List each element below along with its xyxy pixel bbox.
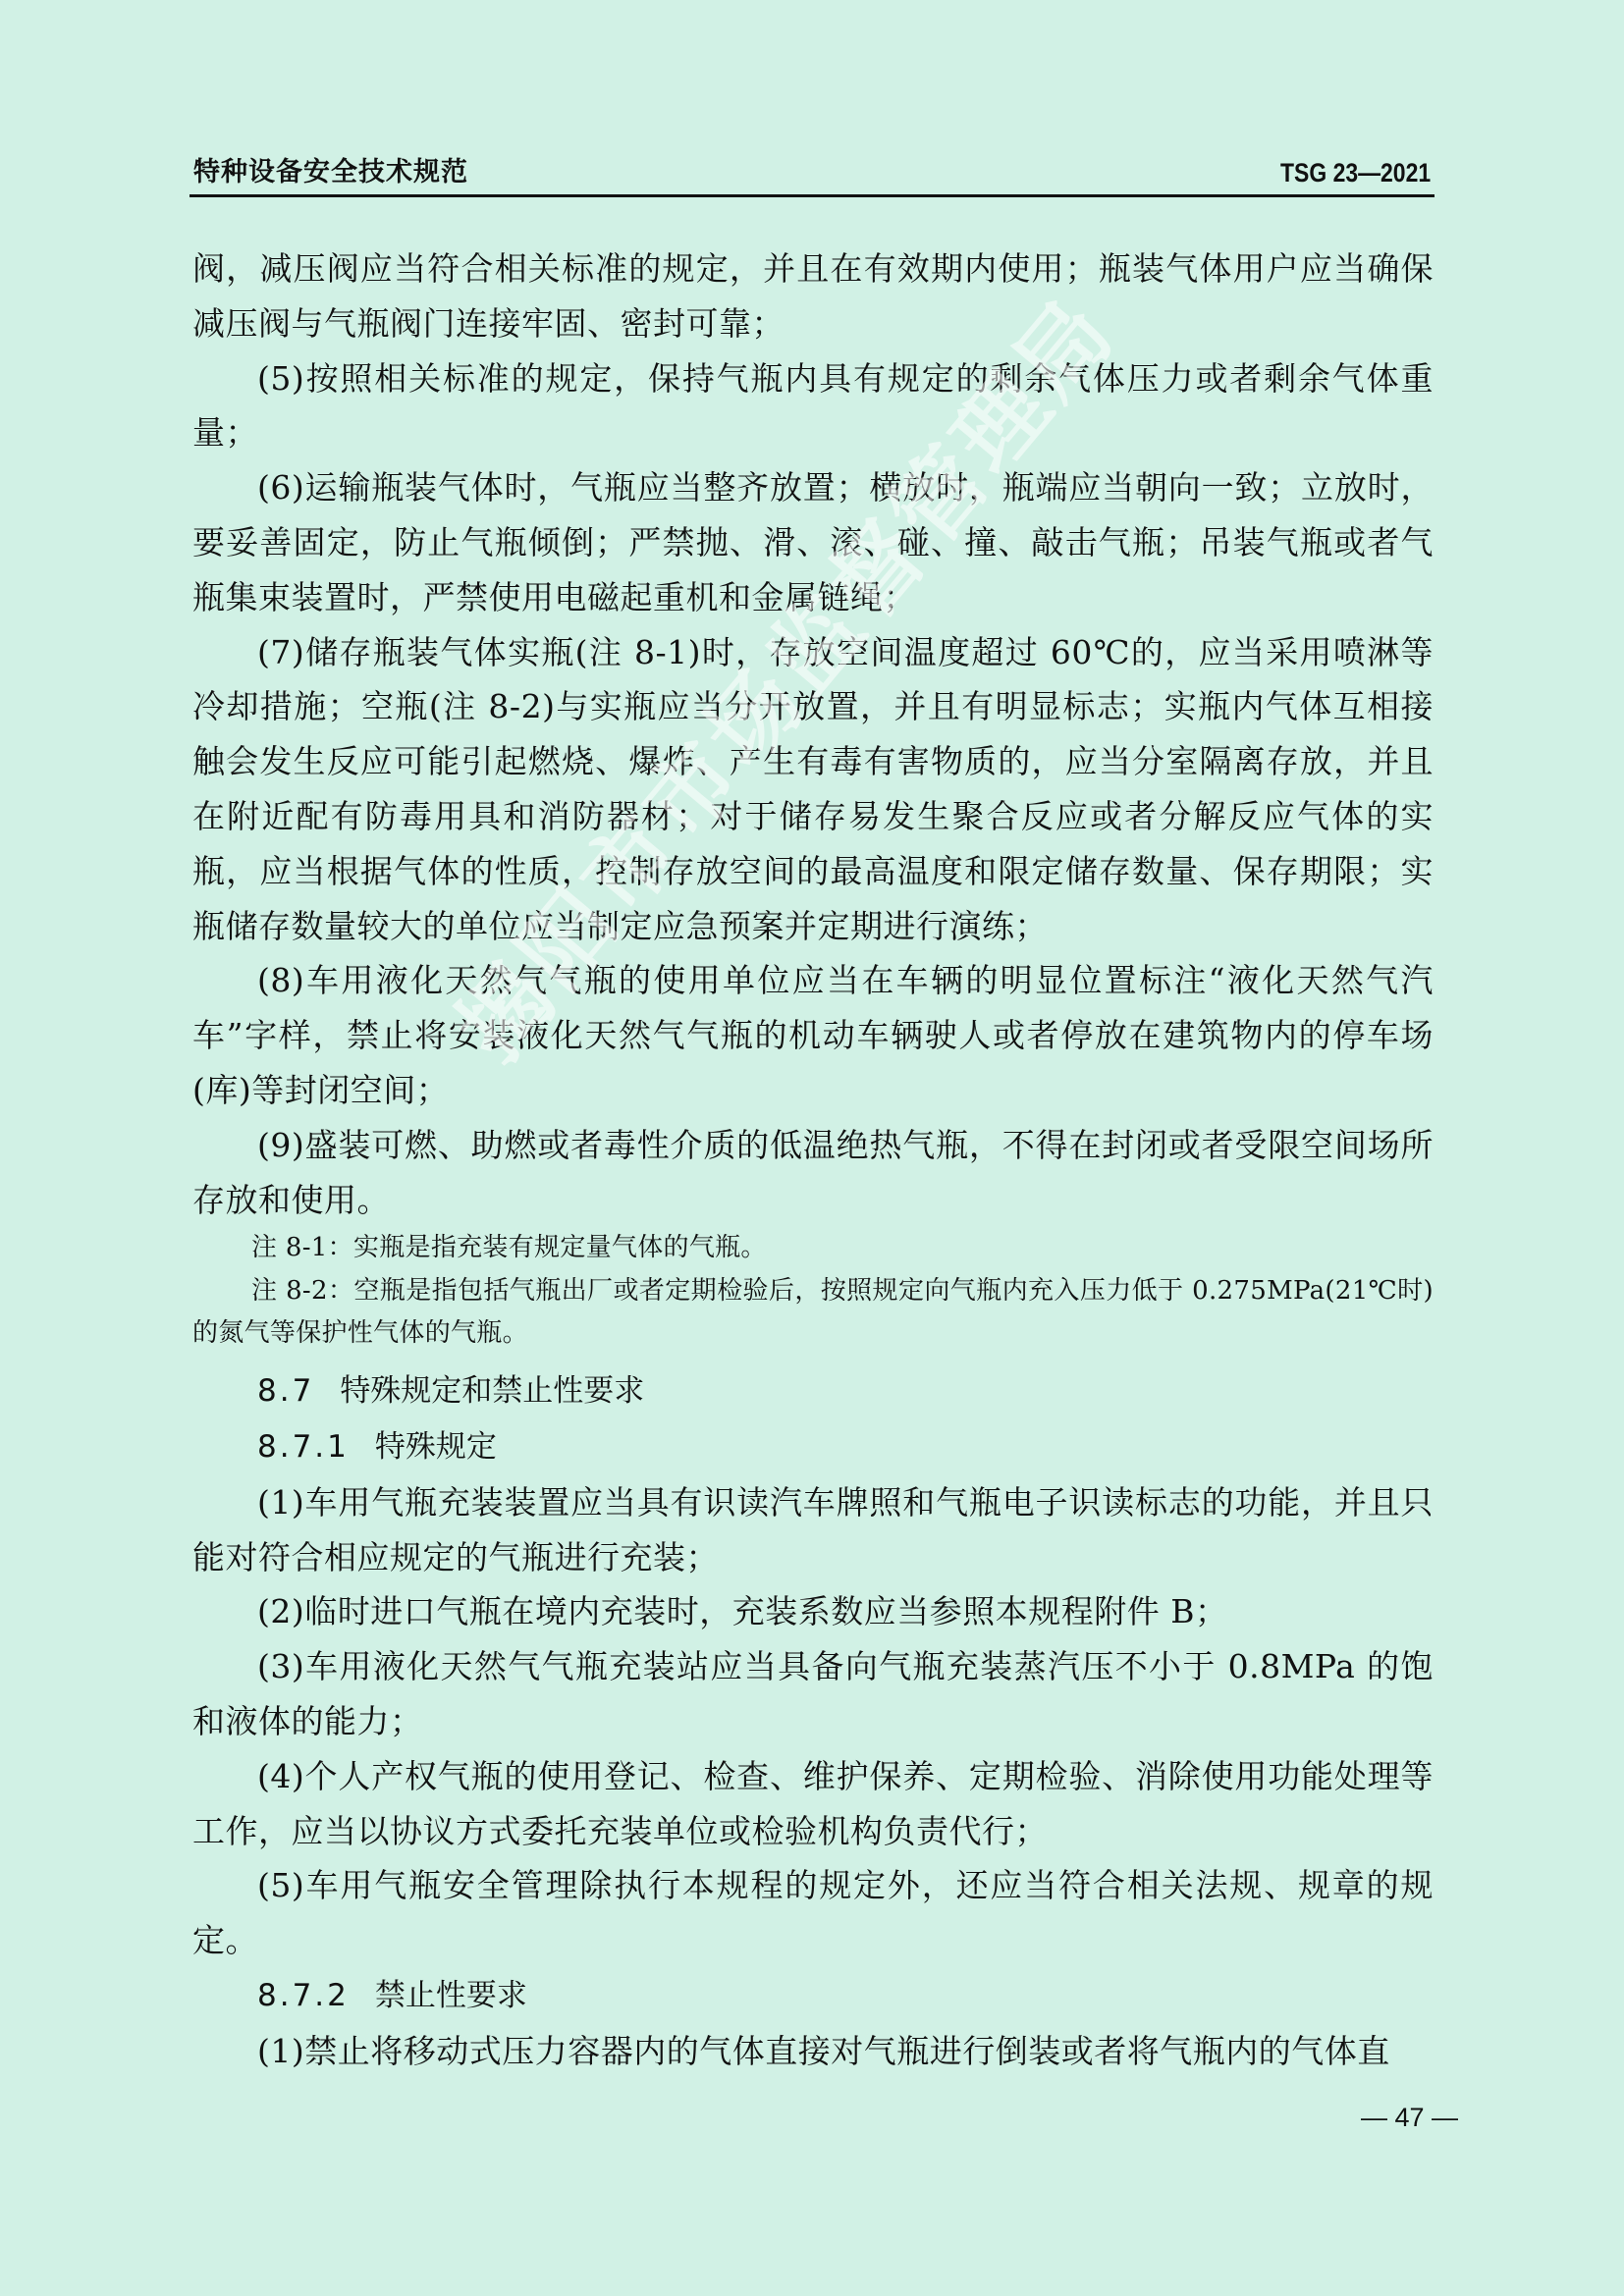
list-item: (4)个人产权气瓶的使用登记、检查、维护保养、定期检验、消除使用功能处理等工作，… [192,1749,1434,1859]
list-item: (2)临时进口气瓶在境内充装时，充装系数应当参照本规程附件 B； [192,1584,1434,1639]
section-number: 8.7 [257,1363,314,1419]
section-number: 8.7.1 [257,1419,350,1475]
list-item: (1)车用气瓶充装装置应当具有识读汽车牌照和气瓶电子识读标志的功能，并且只能对符… [192,1475,1434,1585]
paragraph-item-6: (6)运输瓶装气体时，气瓶应当整齐放置；横放时，瓶端应当朝向一致；立放时，要妥善… [192,460,1434,624]
page-number: — 47 — [1361,2103,1458,2133]
header-series-title: 特种设备安全技术规范 [193,150,468,188]
paragraph-item-9: (9)盛装可燃、助燃或者毒性介质的低温绝热气瓶，不得在封闭或者受限空间场所存放和… [192,1118,1434,1228]
paragraph-item-5: (5)按照相关标准的规定，保持气瓶内具有规定的剩余气体压力或者剩余气体重量； [192,351,1434,461]
paragraph-continued: 阀，减压阀应当符合相关标准的规定，并且在有效期内使用；瓶装气体用户应当确保减压阀… [192,241,1434,351]
list-item: (3)车用液化天然气气瓶充装站应当具备向气瓶充装蒸汽压不小于 0.8MPa 的饱… [192,1639,1434,1749]
paragraph-item-8: (8)车用液化天然气气瓶的使用单位应当在车辆的明显位置标注“液化天然气汽车”字样… [192,953,1434,1117]
section-number: 8.7.2 [257,1968,350,2024]
note-8-1: 注 8-1：实瓶是指充装有规定量气体的气瓶。 [192,1227,1434,1270]
section-title: 特殊规定和禁止性要求 [340,1373,644,1409]
section-title: 禁止性要求 [375,1978,527,2013]
paragraph-item-7: (7)储存瓶装气体实瓶(注 8-1)时，存放空间温度超过 60℃的，应当采用喷淋… [192,625,1434,954]
page-body: 阀，减压阀应当符合相关标准的规定，并且在有效期内使用；瓶装气体用户应当确保减压阀… [192,241,1434,2079]
notes: 注 8-1：实瓶是指充装有规定量气体的气瓶。 注 8-2：空瓶是指包括气瓶出厂或… [192,1227,1434,1356]
list-item: (1)禁止将移动式压力容器内的气体直接对气瓶进行倒装或者将气瓶内的气体直 [192,2024,1434,2079]
running-header: 特种设备安全技术规范 TSG 23—2021 [189,147,1435,197]
section-heading-8-7-1: 8.7.1特殊规定 [192,1419,1434,1475]
section-heading-8-7: 8.7特殊规定和禁止性要求 [192,1363,1434,1419]
note-8-2: 注 8-2：空瓶是指包括气瓶出厂或者定期检验后，按照规定向气瓶内充入压力低于 0… [192,1270,1434,1356]
list-item: (5)车用气瓶安全管理除执行本规程的规定外，还应当符合相关法规、规章的规定。 [192,1858,1434,1968]
header-standard-code: TSG 23—2021 [1280,158,1431,188]
section-title: 特殊规定 [375,1429,497,1465]
section-heading-8-7-2: 8.7.2禁止性要求 [192,1968,1434,2024]
